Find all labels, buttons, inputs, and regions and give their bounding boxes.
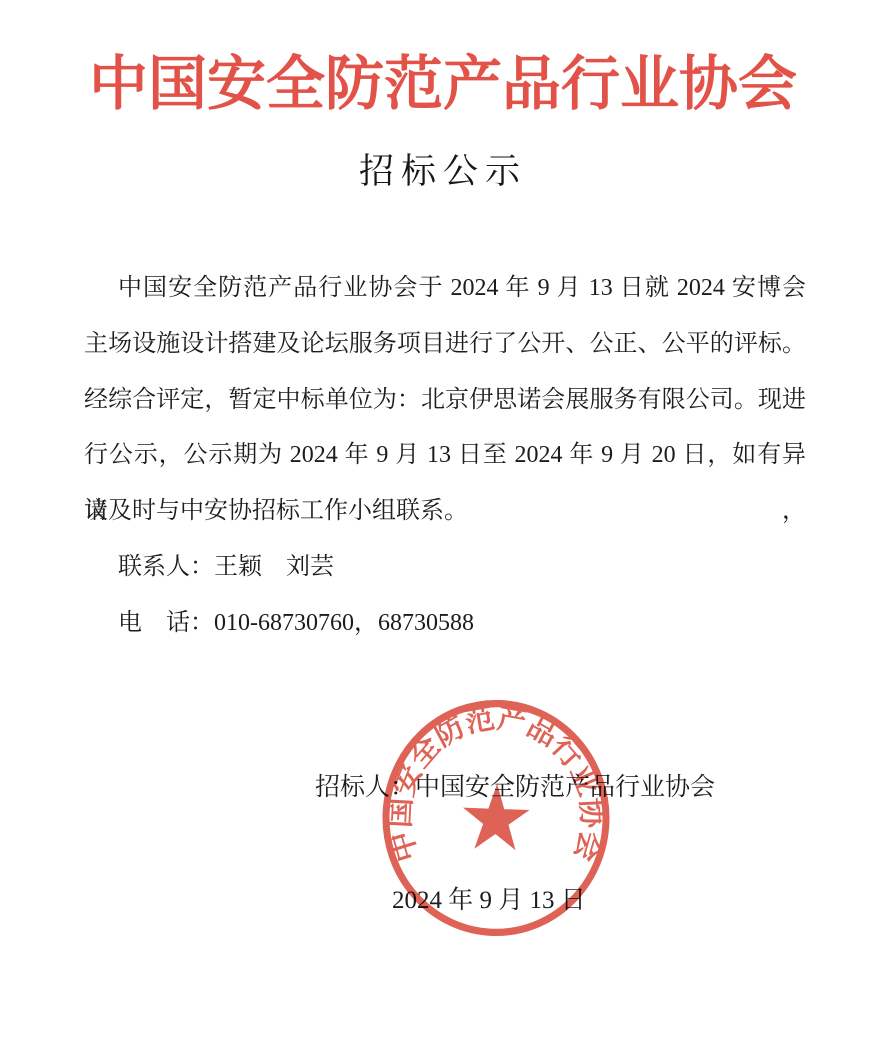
date-line: 2024 年 9 月 13 日 bbox=[392, 884, 586, 918]
paragraph-line-4: 行公示，公示期为 2024 年 9 月 13 日至 2024 年 9 月 20 … bbox=[84, 428, 806, 484]
paragraph-line-2: 主场设施设计搭建及论坛服务项目进行了公开、公正、公平的评标。 bbox=[84, 317, 806, 373]
bidder-line: 招标人：中国安全防范产品行业协会 bbox=[315, 771, 715, 805]
doc-subtitle: 招标公示 bbox=[0, 146, 886, 198]
org-title: 中国安全防范产品行业协会 bbox=[0, 44, 886, 124]
contact-phone-line: 电 话：010-68730760，68730588 bbox=[84, 596, 806, 652]
paragraph-line-1: 中国安全防范产品行业协会于 2024 年 9 月 13 日就 2024 安博会 bbox=[84, 261, 806, 317]
paragraph-line-3: 经综合评定，暂定中标单位为：北京伊思诺会展服务有限公司。现进 bbox=[84, 373, 806, 429]
contact-person-line: 联系人：王颖 刘芸 bbox=[84, 540, 806, 596]
announcement-paragraph: 中国安全防范产品行业协会于 2024 年 9 月 13 日就 2024 安博会 … bbox=[84, 261, 806, 652]
document-page: 中国安全防范产品行业协会 招标公示 中国安全防范产品行业协会于 2024 年 9… bbox=[0, 0, 886, 1052]
